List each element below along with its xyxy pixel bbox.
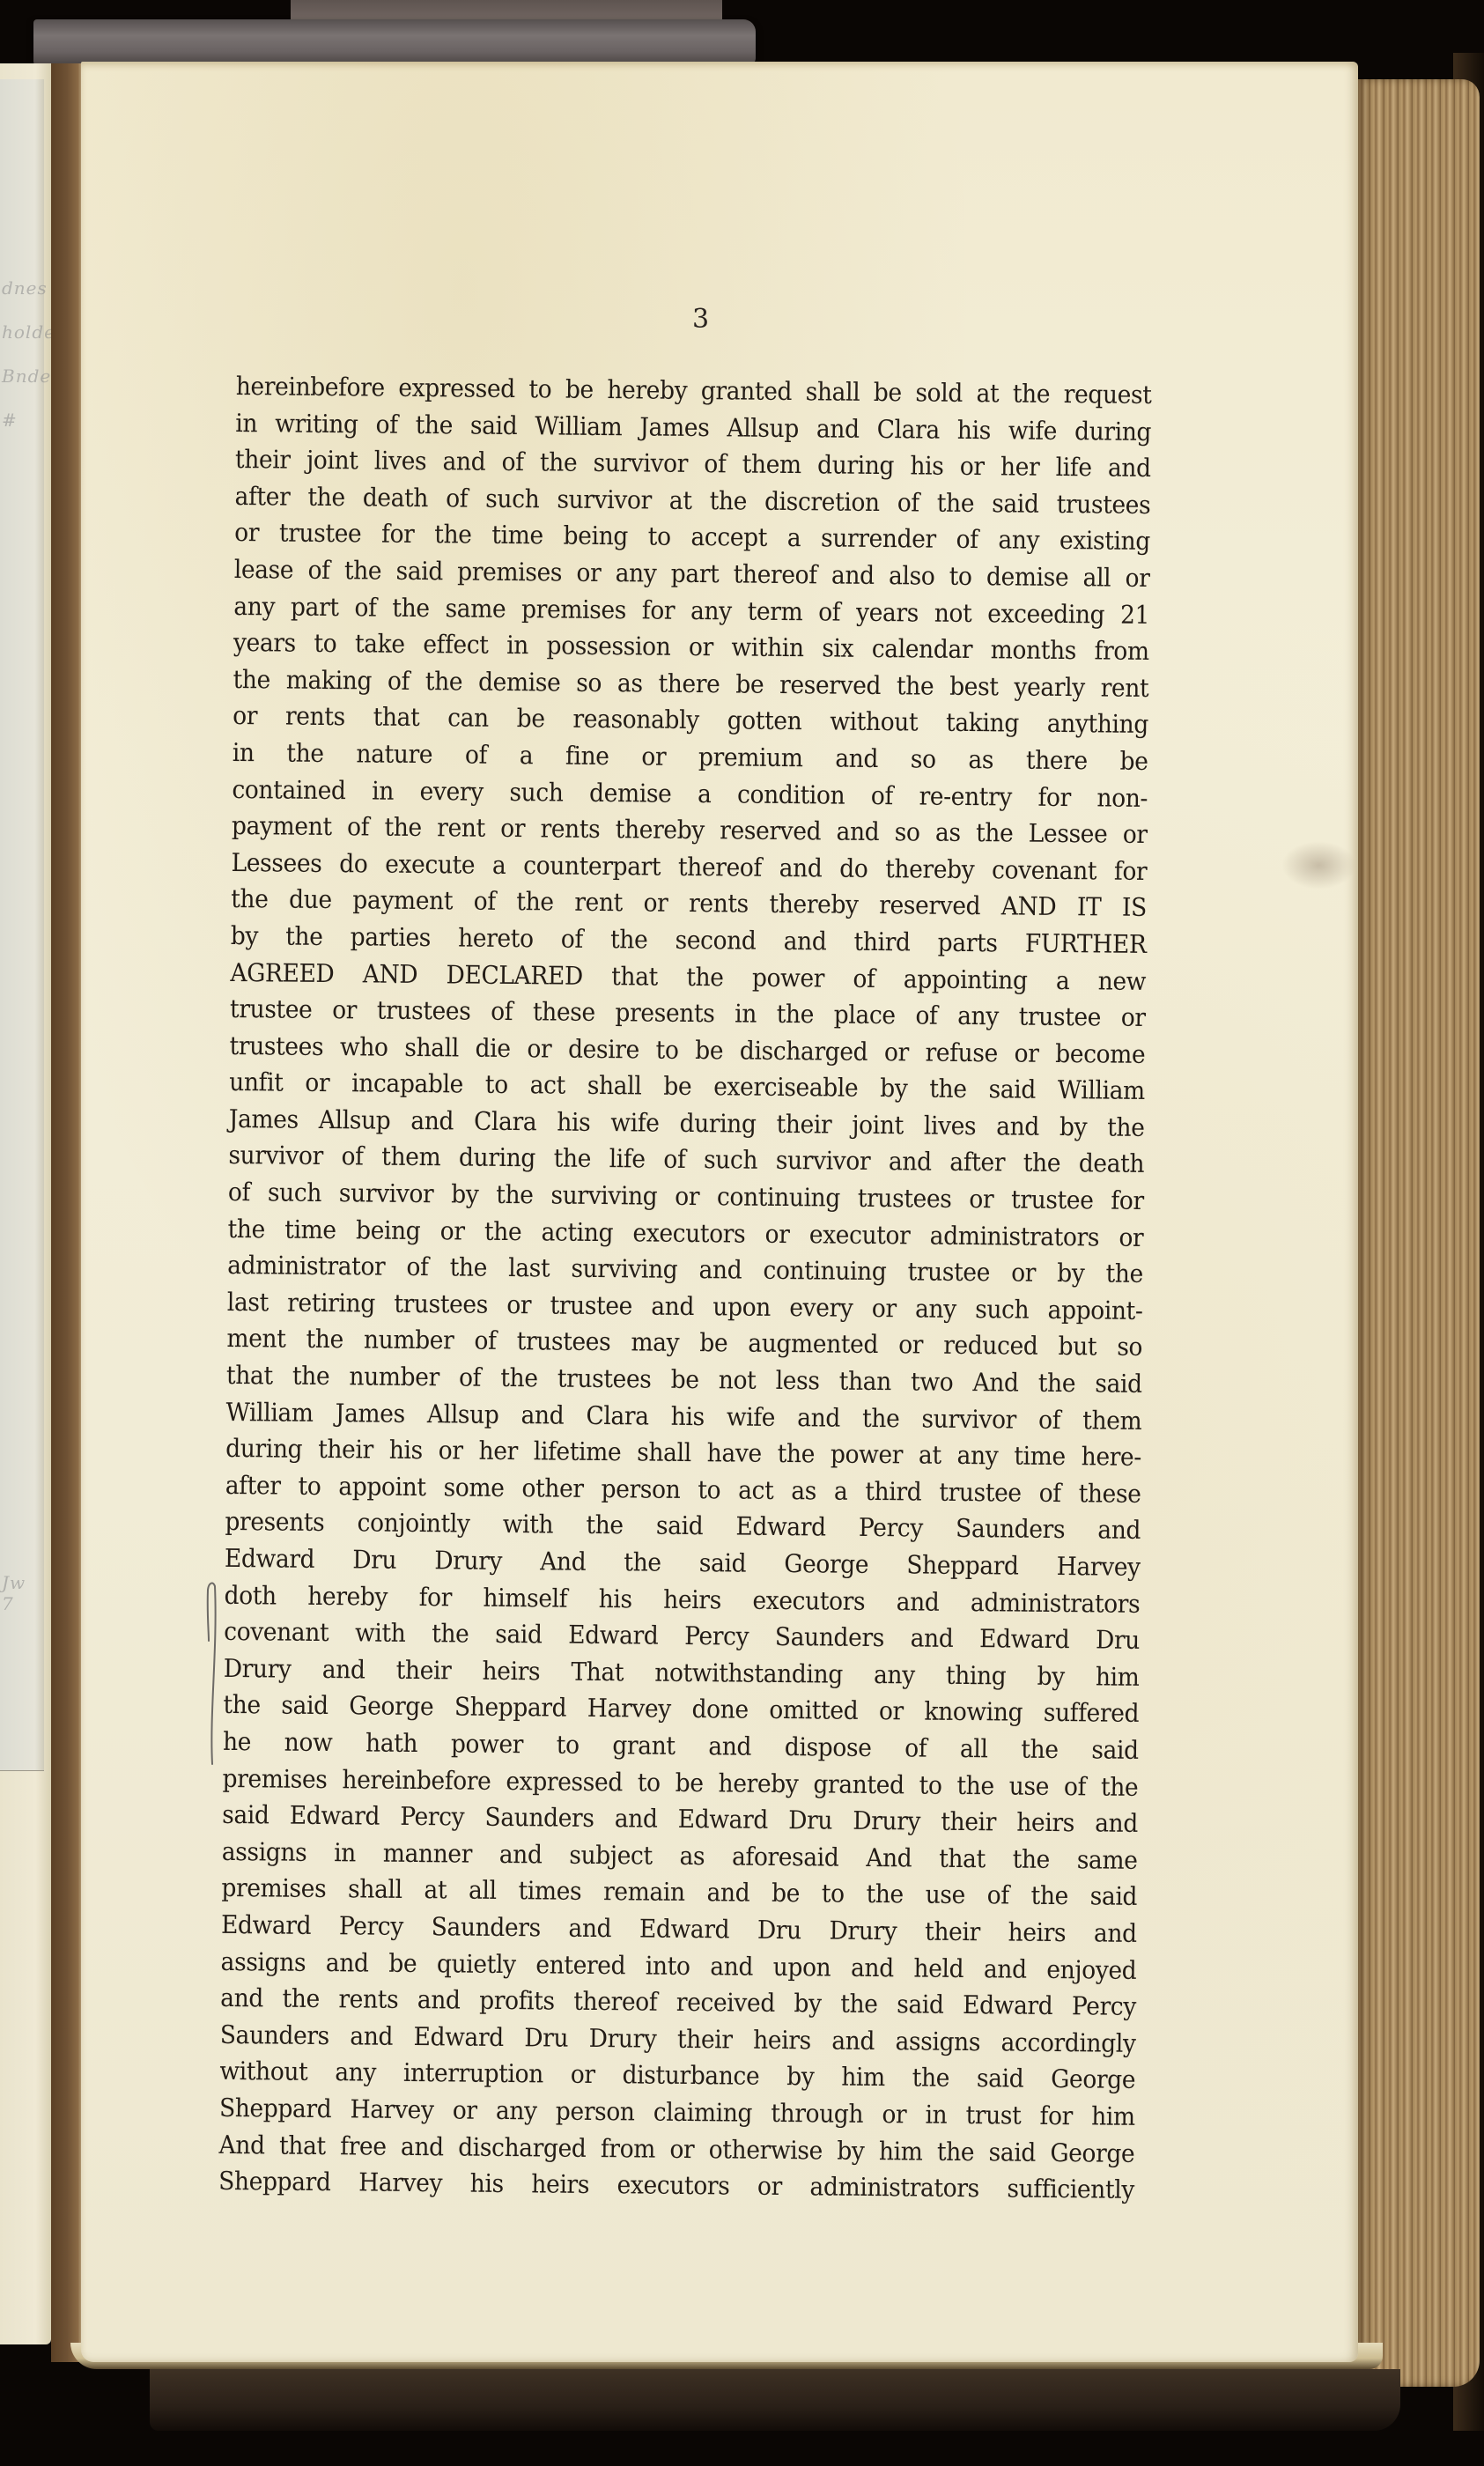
deed-body-text: hereinbefore expressed to be hereby gran… — [218, 368, 1152, 2209]
lower-leaves — [150, 2369, 1400, 2431]
stain — [1281, 841, 1356, 890]
left-leaf-insert: dnes holde Bnde # Jw 7 — [0, 79, 44, 1771]
page-number: 3 — [692, 304, 709, 335]
left-leaf-handwriting: Jw 7 — [2, 1572, 44, 1614]
left-leaf-handwriting: Bnde — [2, 365, 51, 387]
gutter-shadow — [51, 63, 83, 2362]
book-scan: dnes holde Bnde # Jw 7 3 hereinbefore ex… — [0, 0, 1484, 2466]
pencil-margin-mark — [205, 1579, 223, 1768]
left-leaf-handwriting: holde — [2, 321, 55, 343]
left-leaf-handwriting: # — [2, 410, 18, 431]
fore-edge — [1356, 79, 1480, 2387]
left-leaf-handwriting: dnes — [2, 277, 48, 299]
rolled-sheet — [33, 19, 756, 65]
